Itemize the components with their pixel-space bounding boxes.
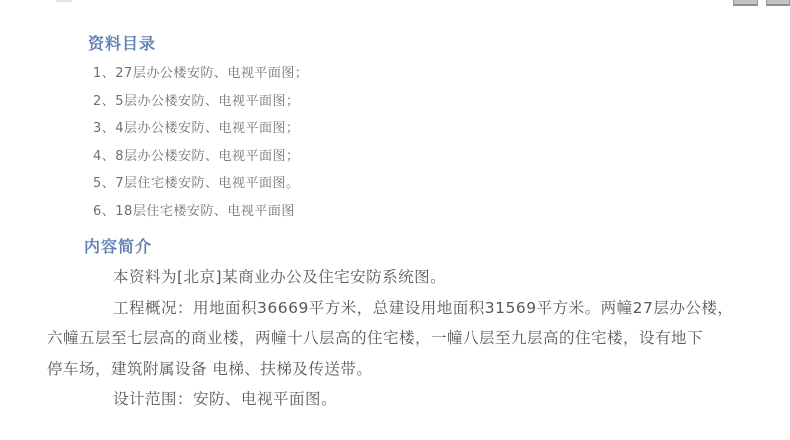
intro-paragraph-line: 六幢五层至七层高的商业楼，两幢十八层高的住宅楼，一幢八层至九层高的住宅楼，设有地…: [47, 323, 777, 354]
cutoff-text-fragment: [56, 0, 72, 2]
catalog-list: 1、27层办公楼安防、电视平面图； 2、5层办公楼安防、电视平面图； 3、4层办…: [93, 60, 308, 225]
catalog-item: 1、27层办公楼安防、电视平面图；: [93, 60, 308, 88]
window-control-fragment[interactable]: [733, 0, 758, 6]
intro-paragraph-line: 本资料为[北京]某商业办公及住宅安防系统图。: [47, 262, 777, 293]
document-page: 资料目录 1、27层办公楼安防、电视平面图； 2、5层办公楼安防、电视平面图； …: [0, 0, 790, 440]
intro-paragraph-line: 停车场，建筑附属设备 电梯、扶梯及传送带。: [47, 354, 777, 385]
catalog-item: 4、8层办公楼安防、电视平面图；: [93, 143, 308, 171]
catalog-item: 2、5层办公楼安防、电视平面图；: [93, 88, 308, 116]
intro-section-title: 内容简介: [84, 234, 152, 257]
intro-body: 本资料为[北京]某商业办公及住宅安防系统图。 工程概况：用地面积36669平方米…: [47, 262, 777, 415]
intro-paragraph-line: 工程概况：用地面积36669平方米，总建设用地面积31569平方米。两幢27层办…: [47, 293, 777, 324]
window-control-fragment[interactable]: [766, 0, 790, 6]
catalog-item: 6、18层住宅楼安防、电视平面图: [93, 198, 308, 226]
intro-paragraph-line: 设计范围：安防、电视平面图。: [47, 384, 777, 415]
catalog-section-title: 资料目录: [88, 31, 156, 54]
catalog-item: 5、7层住宅楼安防、电视平面图。: [93, 170, 308, 198]
catalog-item: 3、4层办公楼安防、电视平面图；: [93, 115, 308, 143]
